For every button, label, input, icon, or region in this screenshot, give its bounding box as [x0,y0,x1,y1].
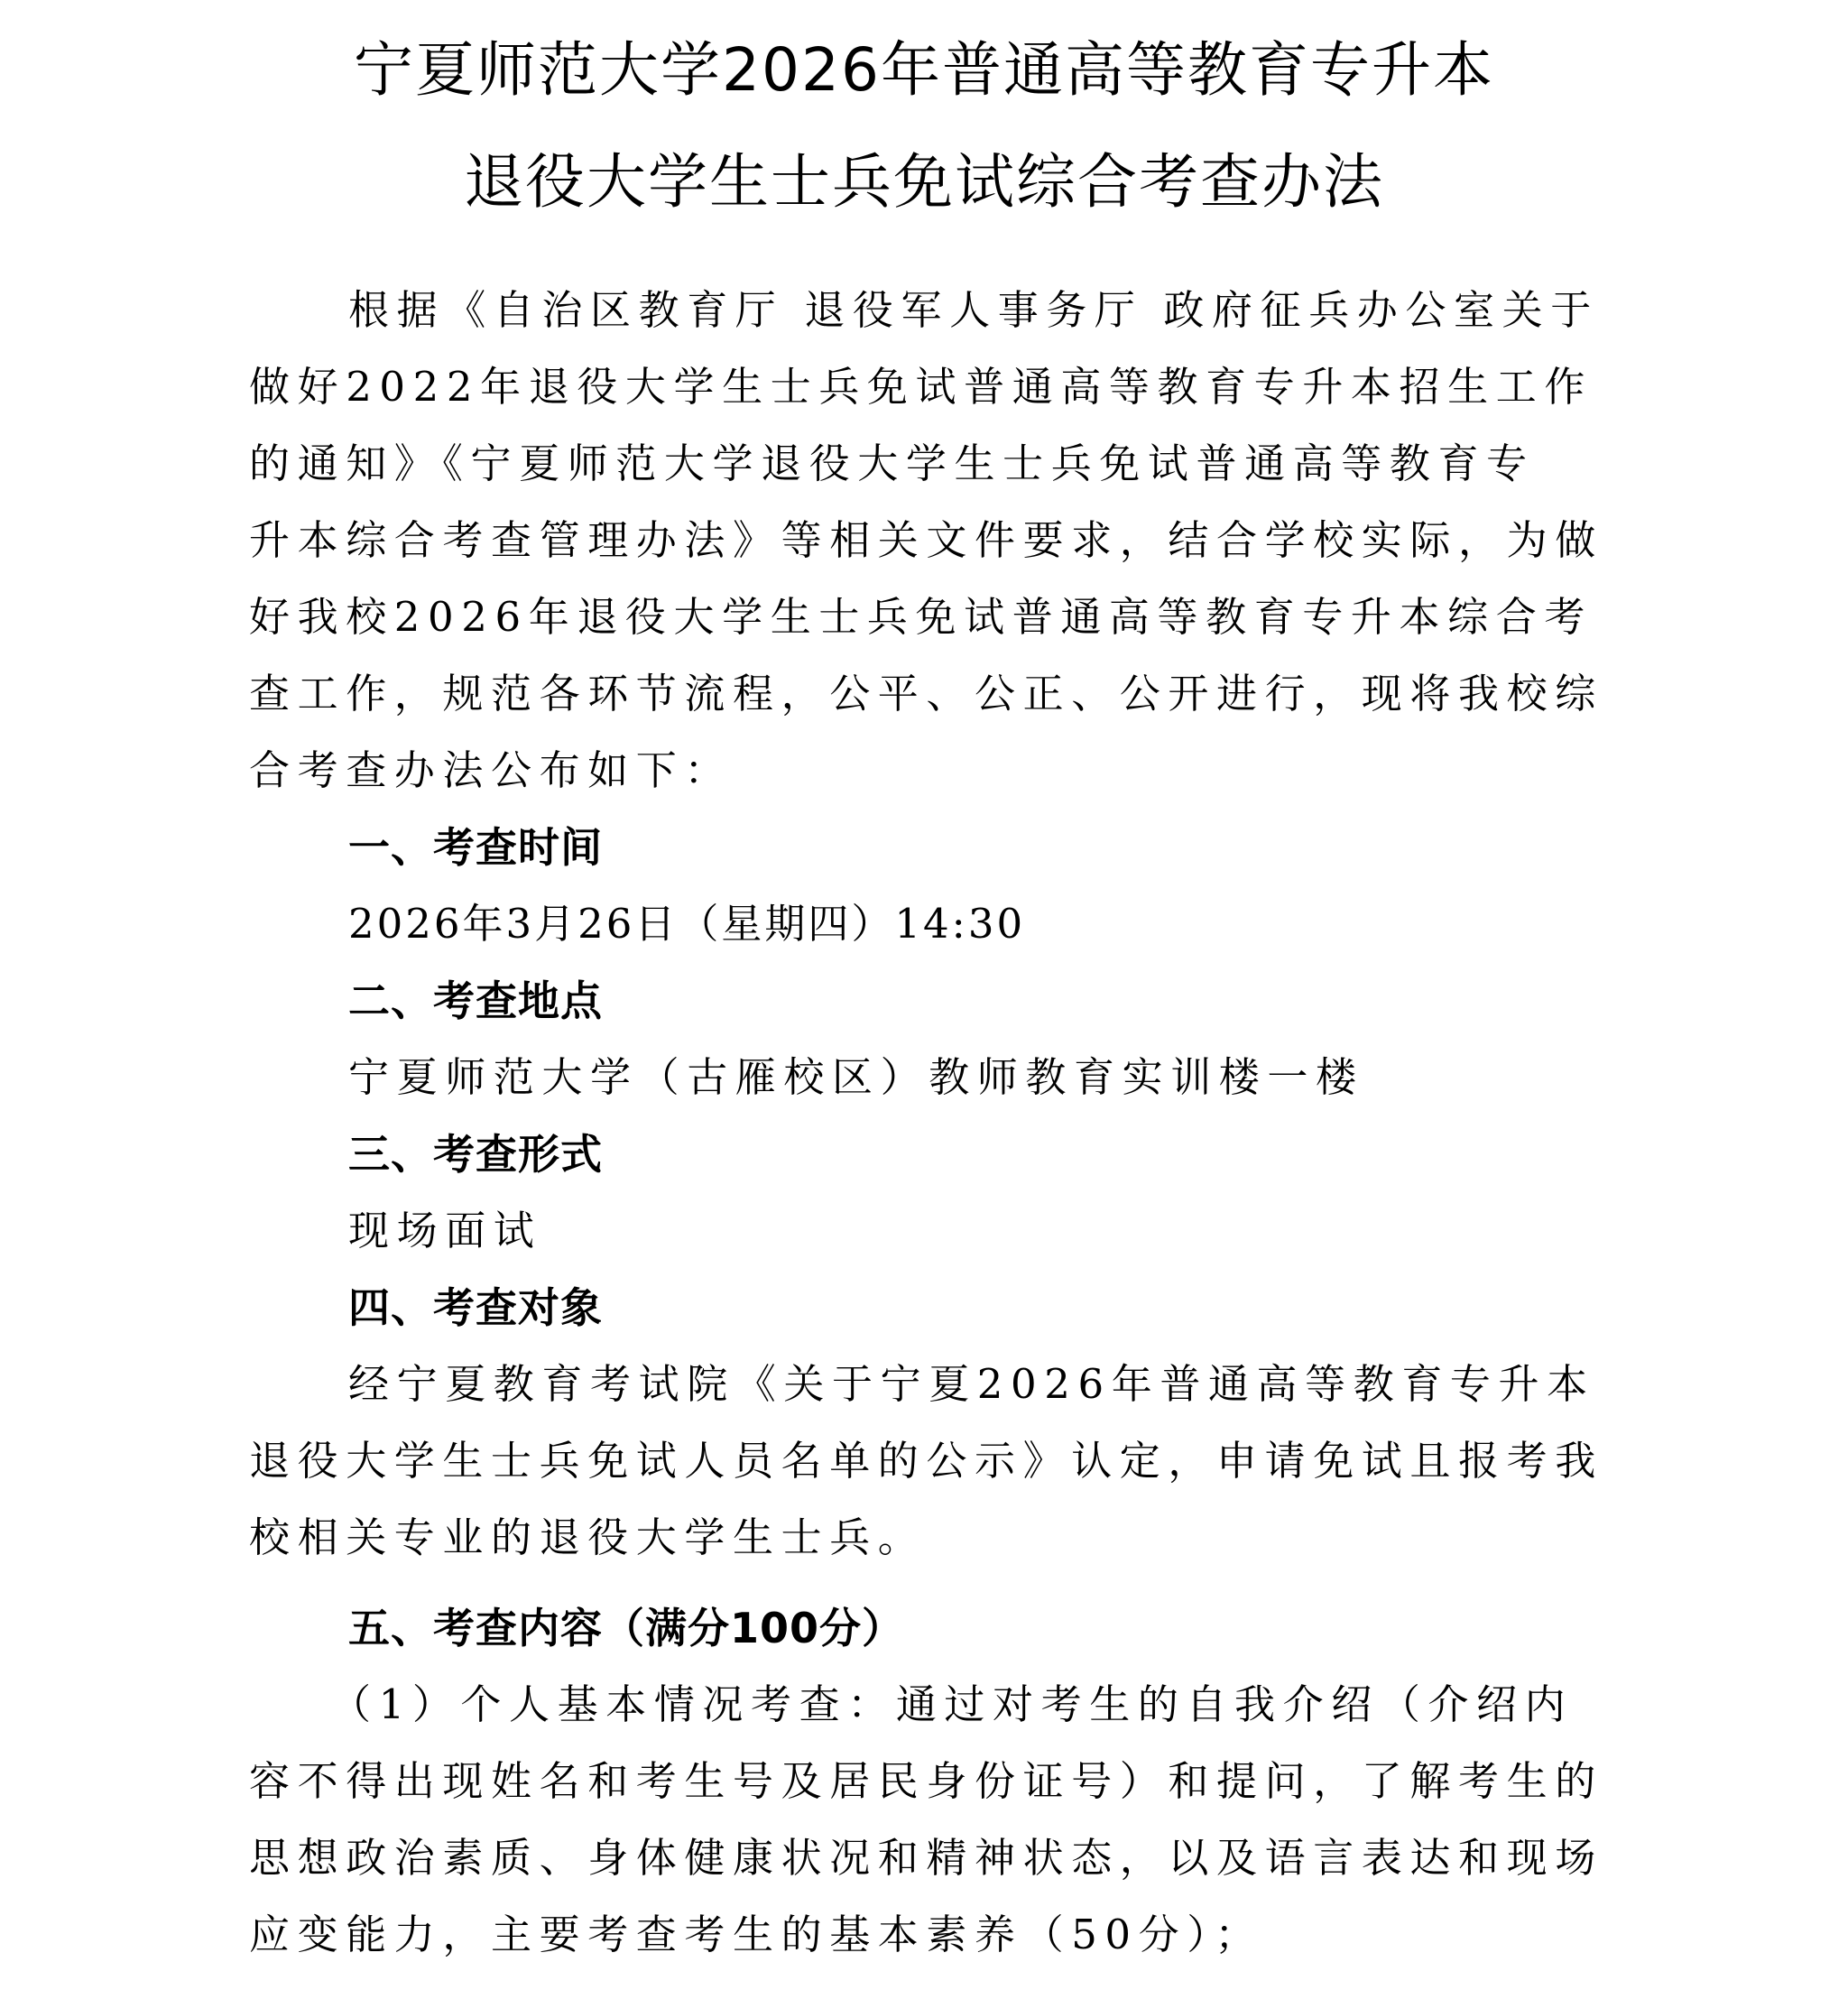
section-heading-exam-time: 一、考查时间 [348,820,1720,875]
exam-content-line: 应变能力，主要考查考生的基本素养（50分）； [249,1908,1621,1962]
intro-paragraph-line: 根据《自治区教育厅 退役军人事务厅 政府征兵办公室关于 [348,283,1720,338]
section-heading-exam-location: 二、考查地点 [348,974,1720,1028]
exam-content-line: 容不得出现姓名和考生号及居民身份证号）和提问，了解考生的 [249,1754,1621,1809]
document-page: 宁夏师范大学2026年普通高等教育专升本 退役大学生士兵免试综合考查办法 根据《… [0,0,1848,1999]
intro-paragraph-line: 查工作，规范各环节流程，公平、公正、公开进行，现将我校综 [249,667,1621,721]
intro-paragraph-line: 好我校2026年退役大学生士兵免试普通高等教育专升本综合考 [249,590,1621,644]
exam-time-value: 2026年3月26日（星期四）14:30 [348,897,1720,951]
exam-content-line: （1）个人基本情况考查：通过对考生的自我介绍（介绍内 [330,1678,1702,1732]
exam-format-value: 现场面试 [348,1204,1720,1258]
intro-paragraph-line: 的通知》《宁夏师范大学退役大学生士兵免试普通高等教育专 [249,437,1621,491]
exam-candidates-line: 校相关专业的退役大学生士兵。 [249,1511,1621,1565]
intro-paragraph-line: 合考查办法公布如下： [249,744,1621,798]
intro-paragraph-line: 做好2022年退役大学生士兵免试普通高等教育专升本招生工作 [249,360,1621,414]
exam-location-value: 宁夏师范大学（古雁校区）教师教育实训楼一楼 [348,1050,1720,1105]
intro-paragraph-line: 升本综合考查管理办法》等相关文件要求，结合学校实际，为做 [249,514,1621,568]
exam-candidates-line: 经宁夏教育考试院《关于宁夏2026年普通高等教育专升本 [348,1357,1720,1411]
exam-candidates-line: 退役大学生士兵免试人员名单的公示》认定，申请免试且报考我 [249,1434,1621,1488]
document-title-line-2: 退役大学生士兵免试综合考查办法 [0,146,1848,218]
section-heading-exam-format: 三、考查形式 [348,1127,1720,1181]
document-title-line-1: 宁夏师范大学2026年普通高等教育专升本 [0,34,1848,106]
section-heading-exam-content: 五、考查内容（满分100分） [348,1601,1720,1655]
exam-content-line: 思想政治素质、身体健康状况和精神状态，以及语言表达和现场 [249,1831,1621,1885]
section-heading-exam-candidates: 四、考查对象 [348,1281,1720,1335]
